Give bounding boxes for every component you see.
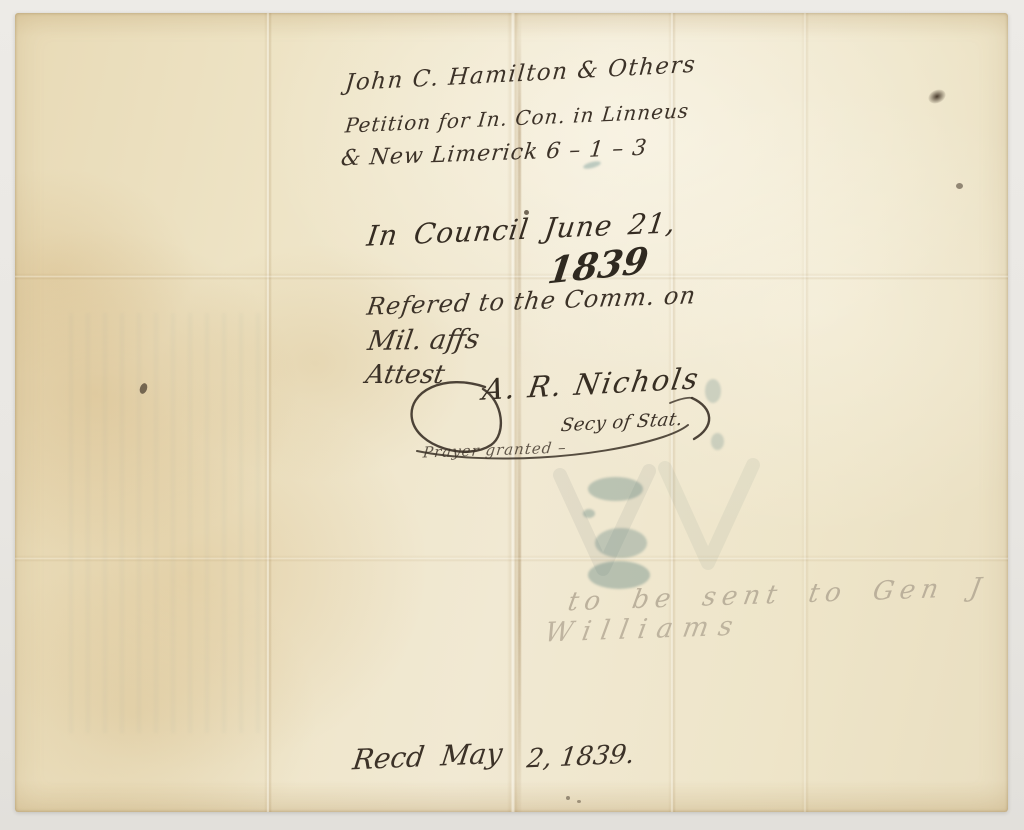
photo-background: John C. Hamilton & Others Petition for I… (0, 0, 1024, 830)
manuscript-page: John C. Hamilton & Others Petition for I… (15, 13, 1008, 812)
received-label: Recd May (351, 737, 505, 777)
received-date: 2, 1839. (525, 740, 636, 775)
bleed-through-marks (15, 13, 1008, 812)
committee-name: Mil. affs (366, 324, 482, 357)
attest-label: Attest (363, 360, 447, 390)
